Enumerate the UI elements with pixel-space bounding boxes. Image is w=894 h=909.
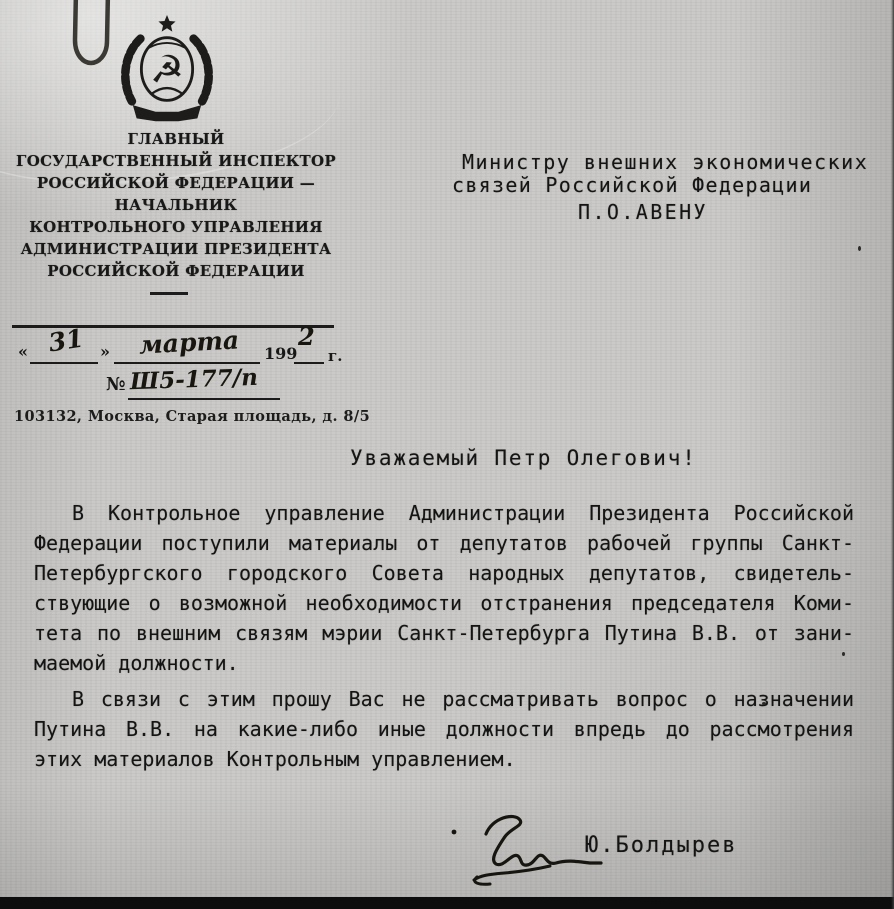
date-year-suffix: г. — [328, 347, 342, 365]
letterhead-line: ГЛАВНЫЙ — [10, 128, 342, 150]
body-line: В Контрольное управление Администрации П… — [34, 498, 854, 528]
body-line: Путина В.В. на какие-либо иные должности… — [34, 714, 854, 744]
body-line: маемой должности. — [34, 648, 854, 678]
letter-body: В Контрольное управление Администрации П… — [34, 498, 854, 774]
date-month-underline — [114, 344, 260, 364]
quote-open: « — [18, 342, 28, 361]
body-line: В связи с этим прошу Вас не рассматриват… — [34, 684, 854, 714]
body-line: ствующие о возможной необходимости отстр… — [34, 588, 854, 618]
ref-number-label: № — [106, 374, 126, 395]
date-day-underline — [30, 344, 98, 364]
rsfsr-coat-of-arms-icon: ☭ — [110, 14, 224, 126]
sender-address: 103132, Москва, Старая площадь, д. 8/5 — [14, 408, 370, 425]
recipient-name: П.О.АВЕНУ — [578, 200, 708, 224]
letterhead-line: АДМИНИСТРАЦИИ ПРЕЗИДЕНТА — [10, 238, 342, 260]
letterhead-line: КОНТРОЛЬНОГО УПРАВЛЕНИЯ — [10, 216, 342, 238]
body-line: Федерации поступили материалы от депутат… — [34, 528, 854, 558]
date-year-printed: 199 — [264, 344, 297, 363]
letterhead-line: РОССИЙСКОЙ ФЕДЕРАЦИИ — — [10, 172, 342, 194]
body-line: Петербургского городского Совета народны… — [34, 558, 854, 588]
hammer-sickle-icon: ☭ — [150, 47, 184, 91]
body-paragraph: В связи с этим прошу Вас не рассматриват… — [34, 684, 854, 774]
letterhead-divider — [150, 292, 188, 295]
scan-speck — [858, 246, 861, 251]
salutation: Уважаемый Петр Олегович! — [350, 446, 697, 470]
recipient-line-1: Министру внешних экономических — [462, 150, 868, 174]
letterhead-line: РОССИЙСКОЙ ФЕДЕРАЦИИ — [10, 260, 342, 282]
signature-typed-name: Ю.Болдырев — [585, 833, 737, 858]
scan-bottom-edge — [0, 897, 894, 909]
date-year-handwritten: 2 — [298, 322, 315, 351]
scan-speck — [842, 652, 845, 656]
quote-close: » — [100, 342, 110, 361]
letterhead-line: НАЧАЛЬНИК — [10, 194, 342, 216]
scanned-letter-page: ☭ ГЛАВНЫЙ ГОСУДАРСТВЕННЫЙ ИНСПЕКТОР РОСС… — [0, 0, 894, 909]
body-line: этих материалов Контрольным управлением. — [34, 744, 854, 774]
letterhead-line: ГОСУДАРСТВЕННЫЙ ИНСПЕКТОР — [10, 150, 342, 172]
scan-speck — [762, 702, 766, 705]
recipient-line-2: связей Российской Федерации — [452, 173, 812, 197]
star-icon — [158, 15, 175, 32]
body-paragraph: В Контрольное управление Администрации П… — [34, 498, 854, 678]
ref-number-handwritten: Ш5-177/п — [130, 364, 259, 395]
letterhead-title: ГЛАВНЫЙ ГОСУДАРСТВЕННЫЙ ИНСПЕКТОР РОССИЙ… — [10, 128, 342, 282]
body-line: тета по внешним связям мэрии Санкт-Петер… — [34, 618, 854, 648]
ribbon-icon — [133, 105, 201, 121]
